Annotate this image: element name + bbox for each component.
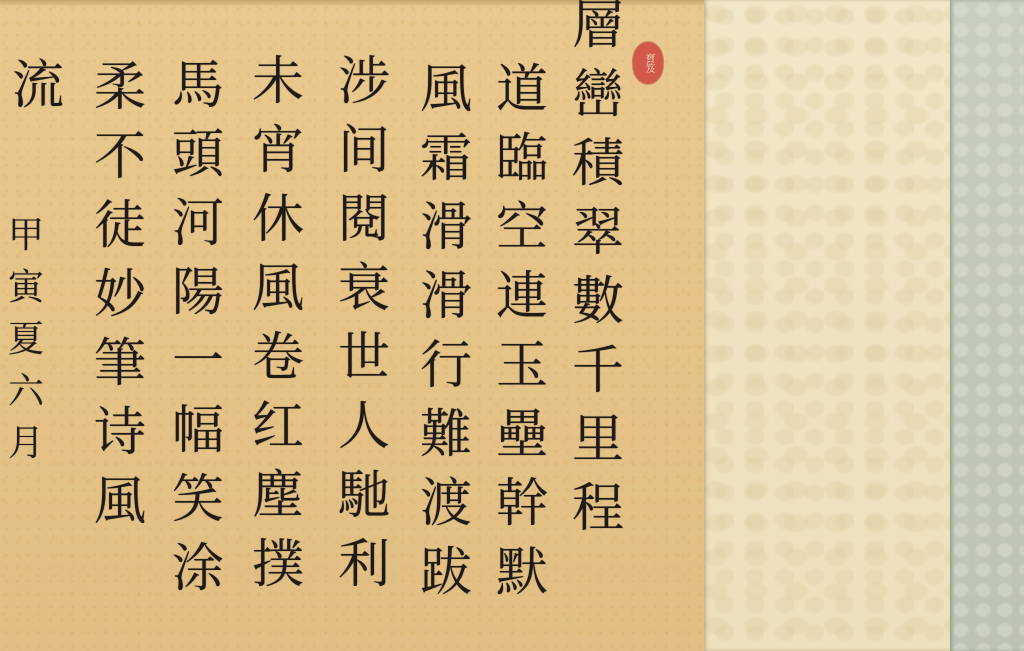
calligraphy-column-3: 風 霜 滑 滑 行 難 渡 跋 [420, 64, 472, 616]
character: 甲 [8, 218, 44, 270]
calligraphy-column-5: 未 宵 休 風 卷 红 塵 撲 [252, 56, 304, 608]
character: 積 [572, 138, 624, 207]
character: 滑 [420, 271, 472, 340]
calligraphy-column-2: 道 臨 空 連 玉 壘 幹 默 [496, 64, 548, 616]
character: 行 [420, 340, 472, 409]
character: 滑 [420, 202, 472, 271]
character: 月 [8, 426, 44, 478]
character: 徒 [94, 200, 146, 269]
character: 連 [496, 271, 548, 340]
character: 跋 [420, 547, 472, 616]
character: 寅 [8, 270, 44, 322]
character: 未 [252, 56, 304, 125]
character: 衰 [338, 263, 390, 332]
character: 千 [572, 345, 624, 414]
character: 空 [496, 202, 548, 271]
character: 巒 [572, 69, 624, 138]
character: 涂 [172, 543, 224, 612]
character: 霜 [420, 133, 472, 202]
character: 默 [496, 547, 548, 616]
character: 壘 [496, 409, 548, 478]
character: 難 [420, 409, 472, 478]
character: 臨 [496, 133, 548, 202]
character: 一 [172, 336, 224, 405]
character: 柔 [94, 62, 146, 131]
character: 红 [252, 401, 304, 470]
red-seal-stamp: 寶笈 [633, 42, 663, 84]
calligraphy-column-7: 柔 不 徒 妙 筆 诗 風 [94, 62, 146, 545]
character: 不 [94, 131, 146, 200]
character: 頭 [172, 129, 224, 198]
seal-text: 寶笈 [643, 53, 653, 73]
character: 筆 [94, 338, 146, 407]
character: 宵 [252, 125, 304, 194]
calligraphy-column-8: 流 [12, 60, 64, 129]
character: 利 [338, 539, 390, 608]
character: 流 [12, 60, 64, 129]
character: 程 [572, 483, 624, 552]
character: 里 [572, 414, 624, 483]
character: 陽 [172, 267, 224, 336]
character: 六 [8, 374, 44, 426]
date-inscription: 甲 寅 夏 六 月 [8, 218, 44, 478]
character: 道 [496, 64, 548, 133]
character: 休 [252, 194, 304, 263]
character: 馳 [338, 470, 390, 539]
brocade-border [950, 0, 1024, 651]
character: 妙 [94, 269, 146, 338]
silk-mounting-panel [704, 0, 950, 651]
character: 渡 [420, 478, 472, 547]
character: 閱 [338, 194, 390, 263]
character: 風 [94, 476, 146, 545]
character: 玉 [496, 340, 548, 409]
character: 幹 [496, 478, 548, 547]
character: 笑 [172, 474, 224, 543]
character: 夏 [8, 322, 44, 374]
character: 風 [420, 64, 472, 133]
character: 風 [252, 263, 304, 332]
character: 翠 [572, 207, 624, 276]
character: 馬 [172, 60, 224, 129]
character: 河 [172, 198, 224, 267]
calligraphy-column-6: 馬 頭 河 陽 一 幅 笑 涂 [172, 60, 224, 612]
character: 幅 [172, 405, 224, 474]
character: 世 [338, 332, 390, 401]
character: 數 [572, 276, 624, 345]
character: 涉 [338, 56, 390, 125]
character: 層 [572, 0, 624, 69]
character: 撲 [252, 539, 304, 608]
character: 间 [338, 125, 390, 194]
character: 人 [338, 401, 390, 470]
calligraphy-column-4: 涉 间 閱 衰 世 人 馳 利 [338, 56, 390, 608]
character: 诗 [94, 407, 146, 476]
calligraphy-column-1: 層 巒 積 翠 數 千 里 程 [572, 0, 624, 552]
character: 卷 [252, 332, 304, 401]
character: 塵 [252, 470, 304, 539]
